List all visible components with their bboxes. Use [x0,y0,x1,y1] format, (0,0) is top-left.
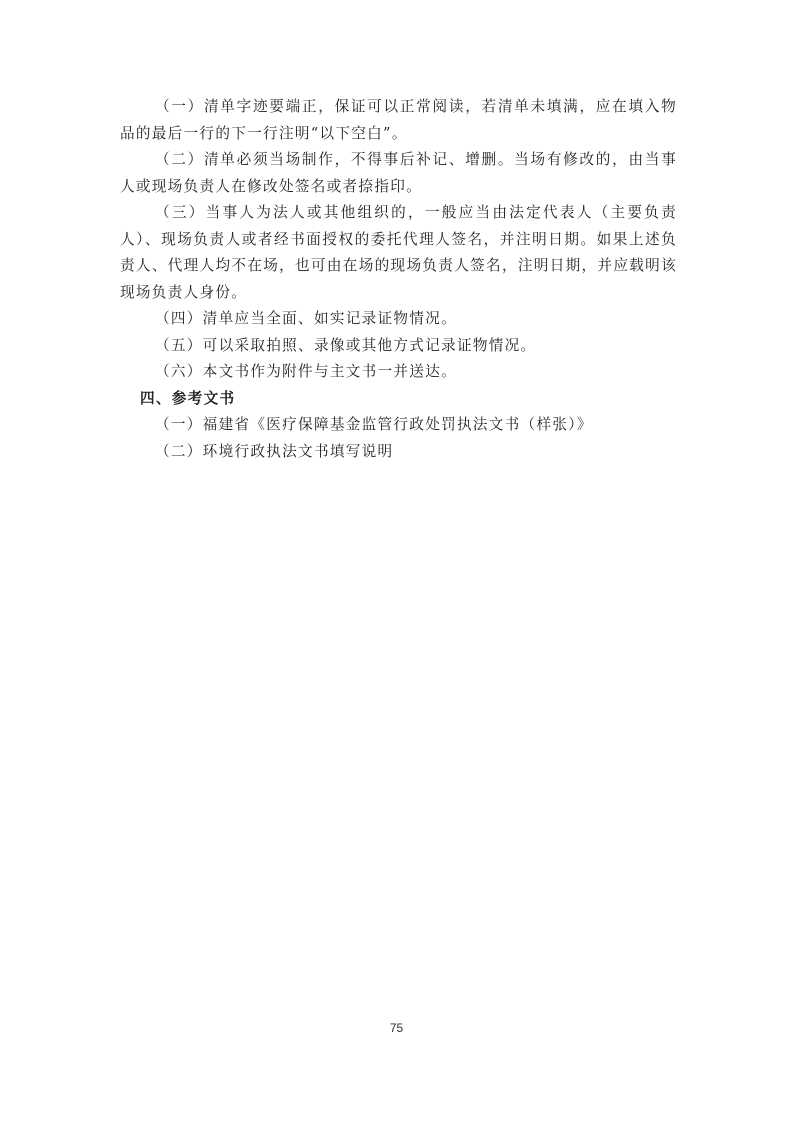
section-heading-reference-docs: 四、参考文书 [120,386,677,413]
paragraph-5: （五）可以采取拍照、录像或其他方式记录证物情况。 [120,333,677,360]
paragraph-4: （四）清单应当全面、如实记录证物情况。 [120,306,677,333]
reference-item-1: （一）福建省《医疗保障基金监管行政处罚执法文书（样张）》 [120,412,677,439]
page-number: 75 [0,1021,793,1035]
reference-item-2: （二）环境行政执法文书填写说明 [120,439,677,466]
paragraph-3: （三）当事人为法人或其他组织的，一般应当由法定代表人（主要负责人）、现场负责人或… [120,200,677,306]
document-body: （一）清单字迹要端正，保证可以正常阅读，若清单未填满，应在填入物品的最后一行的下… [120,94,677,465]
paragraph-1: （一）清单字迹要端正，保证可以正常阅读，若清单未填满，应在填入物品的最后一行的下… [120,94,677,147]
paragraph-2: （二）清单必须当场制作，不得事后补记、增删。当场有修改的，由当事人或现场负责人在… [120,147,677,200]
paragraph-6: （六）本文书作为附件与主文书一并送达。 [120,359,677,386]
